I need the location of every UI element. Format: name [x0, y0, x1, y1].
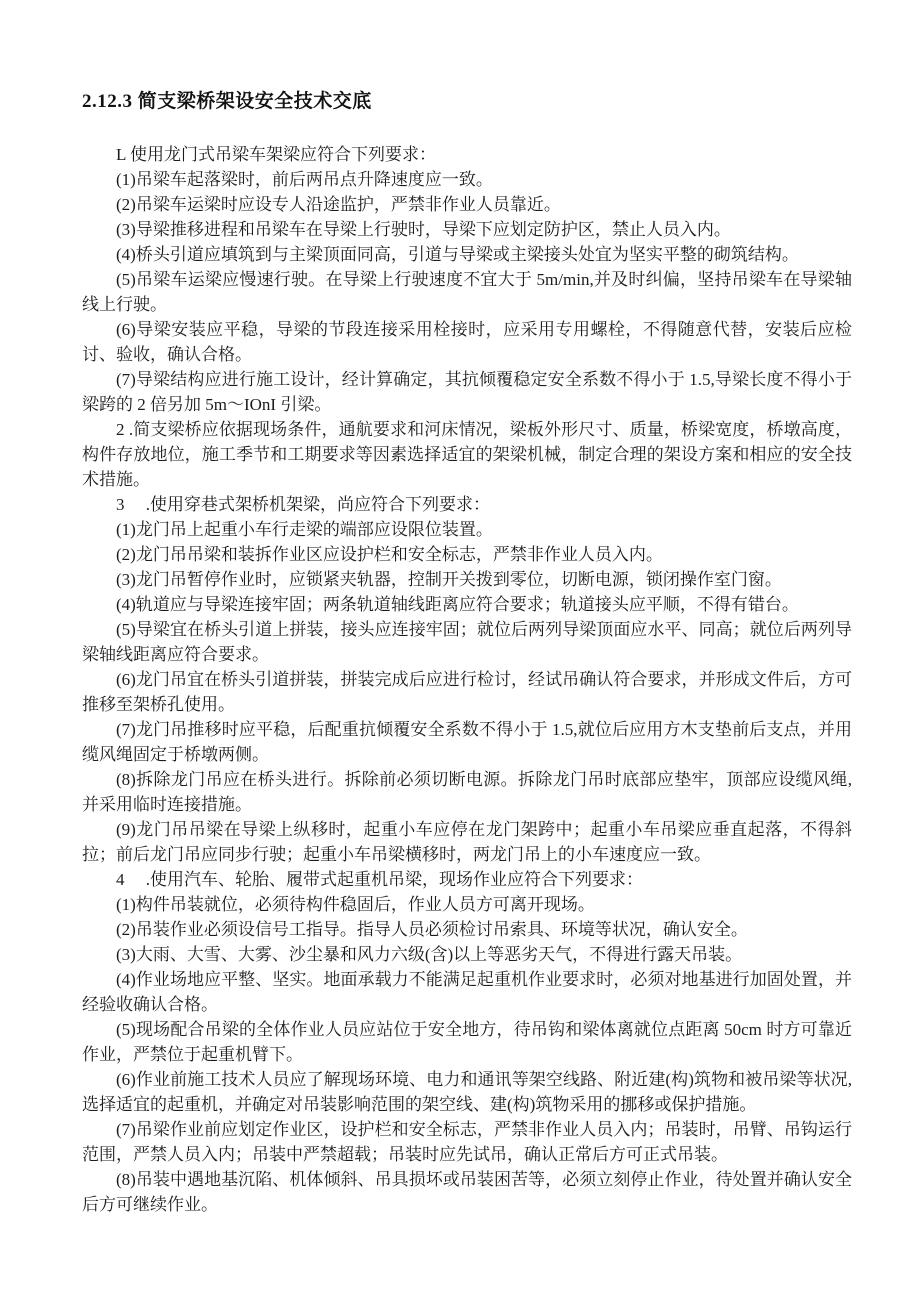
paragraph: (6)导梁安装应平稳，导梁的节段连接采用栓接时，应采用专用螺栓，不得随意代替，安…	[82, 317, 852, 367]
paragraph: (6)龙门吊宜在桥头引道拼装，拼装完成后应进行检讨，经试吊确认符合要求，并形成文…	[82, 667, 852, 717]
paragraph: (1)龙门吊上起重小车行走梁的端部应设限位装置。	[82, 517, 852, 542]
paragraph: (8)吊装中遇地基沉陷、机体倾斜、吊具损坏或吊装困苦等，必须立刻停止作业，待处置…	[82, 1167, 852, 1217]
paragraph: (1)构件吊装就位，必须待构件稳固后，作业人员方可离开现场。	[82, 892, 852, 917]
paragraph: (1)吊梁车起落梁时，前后两吊点升降速度应一致。	[82, 167, 852, 192]
paragraph: (6)作业前施工技术人员应了解现场环境、电力和通讯等架空线路、附近建(构)筑物和…	[82, 1067, 852, 1117]
document-body: L 使用龙门式吊梁车架梁应符合下列要求：(1)吊梁车起落梁时，前后两吊点升降速度…	[82, 142, 852, 1217]
paragraph: (7)吊梁作业前应划定作业区，设护栏和安全标志，严禁非作业人员入内；吊装时，吊臂…	[82, 1117, 852, 1167]
paragraph: (3)龙门吊暂停作业时，应锁紧夹轨器，控制开关拨到零位，切断电源，锁闭操作室门窗…	[82, 567, 852, 592]
paragraph: (3)导梁推移进程和吊梁车在导梁上行驶时，导梁下应划定防护区，禁止人员入内。	[82, 217, 852, 242]
paragraph: (3)大雨、大雪、大雾、沙尘暴和风力六级(含)以上等恶劣天气，不得进行露天吊装。	[82, 942, 852, 967]
paragraph: (8)拆除龙门吊应在桥头进行。拆除前必须切断电源。拆除龙门吊时底部应垫牢，顶部应…	[82, 767, 852, 817]
paragraph: (2)吊装作业必须设信号工指导。指导人员必须检讨吊索具、环境等状况，确认安全。	[82, 917, 852, 942]
paragraph: 4 .使用汽车、轮胎、履带式起重机吊梁，现场作业应符合下列要求：	[82, 867, 852, 892]
paragraph: (4)桥头引道应填筑到与主梁顶面同高，引道与导梁或主梁接头处宜为坚实平整的砌筑结…	[82, 242, 852, 267]
paragraph: (2)吊梁车运梁时应设专人沿途监护，严禁非作业人员靠近。	[82, 192, 852, 217]
paragraph: (4)作业场地应平整、坚实。地面承载力不能满足起重机作业要求时，必须对地基进行加…	[82, 967, 852, 1017]
paragraph: L 使用龙门式吊梁车架梁应符合下列要求：	[82, 142, 852, 167]
paragraph: (4)轨道应与导梁连接牢固；两条轨道轴线距离应符合要求；轨道接头应平顺，不得有错…	[82, 592, 852, 617]
paragraph: (5)导梁宜在桥头引道上拼装，接头应连接牢固；就位后两列导梁顶面应水平、同高；就…	[82, 617, 852, 667]
paragraph: (5)吊梁车运梁应慢速行驶。在导梁上行驶速度不宜大于 5m/min,并及时纠偏，…	[82, 267, 852, 317]
paragraph: (7)龙门吊推移时应平稳，后配重抗倾覆安全系数不得小于 1.5,就位后应用方木支…	[82, 717, 852, 767]
paragraph: (9)龙门吊吊梁在导梁上纵移时，起重小车应停在龙门架跨中；起重小车吊梁应垂直起落…	[82, 817, 852, 867]
paragraph: 2 .简支梁桥应依据现场条件，通航要求和河床情况，梁板外形尺寸、质量，桥梁宽度，…	[82, 417, 852, 492]
paragraph: (2)龙门吊吊梁和装拆作业区应设护栏和安全标志，严禁非作业人员入内。	[82, 542, 852, 567]
paragraph: (7)导梁结构应进行施工设计，经计算确定，其抗倾覆稳定安全系数不得小于 1.5,…	[82, 367, 852, 417]
paragraph: (5)现场配合吊梁的全体作业人员应站位于安全地方，待吊钩和梁体离就位点距离 50…	[82, 1017, 852, 1067]
document-page: 2.12.3 简支梁桥架设安全技术交底 L 使用龙门式吊梁车架梁应符合下列要求：…	[0, 0, 920, 1301]
document-title: 2.12.3 简支梁桥架设安全技术交底	[82, 90, 852, 114]
paragraph: 3 .使用穿巷式架桥机架梁，尚应符合下列要求：	[82, 492, 852, 517]
